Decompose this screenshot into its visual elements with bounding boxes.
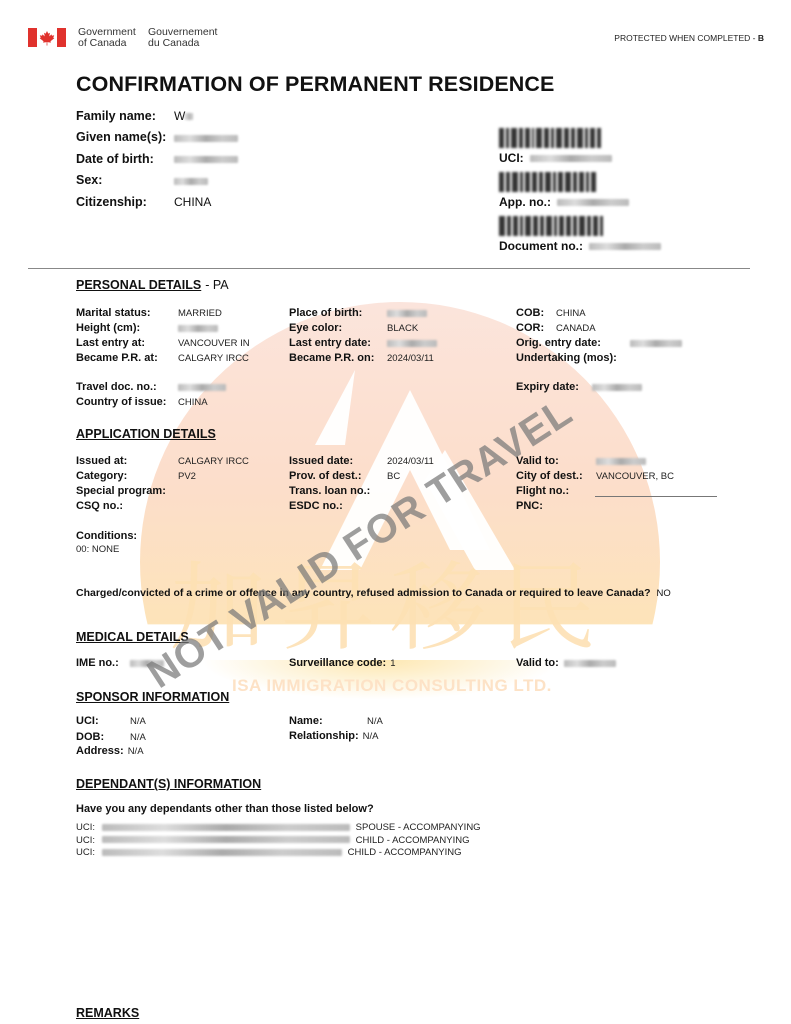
- medical-valid-to-field: Valid to:: [516, 657, 616, 669]
- prov-dest-field: Prov. of dest.:BC: [289, 470, 400, 482]
- issued-at-field: Issued at:CALGARY IRCC: [76, 455, 249, 467]
- last-entry-at-field: Last entry at:VANCOUVER IN: [76, 337, 250, 349]
- document-barcode: [499, 216, 661, 236]
- inadmissibility-question: Charged/convicted of a crime or offence …: [76, 587, 671, 599]
- personal-details-heading: PERSONAL DETAILS- PA: [76, 278, 229, 292]
- eye-color-field: Eye color:BLACK: [289, 322, 418, 334]
- family-name-label: Family name:: [76, 109, 174, 123]
- dob-label: Date of birth:: [76, 152, 174, 166]
- cob-field: COB:CHINA: [516, 307, 586, 319]
- became-pr-at-field: Became P.R. at:CALGARY IRCC: [76, 352, 249, 364]
- undertaking-field: Undertaking (mos):: [516, 352, 617, 364]
- dependants-heading: DEPENDANT(S) INFORMATION: [76, 777, 261, 791]
- sponsor-name-field: Name:N/A: [289, 715, 383, 727]
- citizenship-value: CHINA: [174, 195, 211, 209]
- category-field: Category:PV2: [76, 470, 196, 482]
- citizenship-label: Citizenship:: [76, 195, 174, 209]
- sponsor-address-field: Address:N/A: [76, 745, 144, 757]
- issued-date-field: Issued date:2024/03/11: [289, 455, 434, 467]
- trans-loan-field: Trans. loan no.:: [289, 485, 370, 497]
- sponsor-relationship-field: Relationship:N/A: [289, 730, 379, 742]
- became-pr-on-field: Became P.R. on:2024/03/11: [289, 352, 434, 364]
- place-of-birth-field: Place of birth:: [289, 307, 427, 319]
- protected-label: PROTECTED WHEN COMPLETED -: [614, 33, 758, 43]
- gov-en-line2: of Canada: [78, 38, 136, 49]
- country-of-issue-field: Country of issue:CHINA: [76, 396, 208, 408]
- conditions-label: Conditions:: [76, 530, 137, 542]
- uci-label: UCI:: [499, 151, 524, 165]
- csq-field: CSQ no.:: [76, 500, 123, 512]
- page-title: CONFIRMATION OF PERMANENT RESIDENCE: [76, 72, 555, 97]
- marital-status-field: Marital status:MARRIED: [76, 307, 222, 319]
- document-no-label: Document no.:: [499, 239, 583, 253]
- sponsor-information-heading: SPONSOR INFORMATION: [76, 690, 229, 704]
- flight-no-underline: [595, 496, 717, 497]
- surveillance-field: Surveillance code:1: [289, 657, 396, 669]
- sex-label: Sex:: [76, 173, 174, 187]
- dependant-row: UCI: SPOUSE - ACCOMPANYING: [76, 822, 481, 833]
- orig-entry-date-field: Orig. entry date:: [516, 337, 682, 349]
- sponsor-uci-field: UCI:N/A: [76, 715, 146, 727]
- expiry-date-field: Expiry date:: [516, 381, 642, 393]
- sex-value: [174, 173, 208, 187]
- special-program-field: Special program:: [76, 485, 166, 497]
- conditions-value: 00: NONE: [76, 544, 119, 555]
- document-no-value: [589, 243, 661, 250]
- app-no-label: App. no.:: [499, 195, 551, 209]
- city-dest-field: City of dest.:VANCOUVER, BC: [516, 470, 674, 482]
- dependant-row: UCI: CHILD - ACCOMPANYING: [76, 847, 461, 858]
- pnc-field: PNC:: [516, 500, 543, 512]
- government-wordmark-en: Government of Canada: [78, 27, 136, 49]
- dependants-question: Have you any dependants other than those…: [76, 803, 374, 815]
- application-details-heading: APPLICATION DETAILS: [76, 427, 216, 441]
- family-name-value: W: [174, 109, 193, 123]
- flight-no-field: Flight no.:: [516, 485, 569, 497]
- cor-field: COR:CANADA: [516, 322, 596, 334]
- last-entry-date-field: Last entry date:: [289, 337, 437, 349]
- given-names-value: [174, 130, 238, 144]
- height-field: Height (cm):: [76, 322, 218, 334]
- canada-flag-icon: [28, 28, 66, 47]
- uci-barcode: [499, 128, 661, 148]
- protected-level: B: [758, 33, 764, 43]
- gov-fr-line2: du Canada: [148, 38, 217, 49]
- travel-doc-field: Travel doc. no.:: [76, 381, 226, 393]
- app-barcode: [499, 172, 661, 192]
- identity-block: Family name:W Given name(s): Date of bir…: [76, 105, 238, 213]
- inadmissibility-answer: NO: [657, 588, 671, 599]
- remarks-heading: REMARKS: [76, 1006, 139, 1020]
- watermark-company-english: ISA IMMIGRATION CONSULTING LTD.: [232, 676, 552, 696]
- dependant-row: UCI: CHILD - ACCOMPANYING: [76, 835, 469, 846]
- app-no-value: [557, 199, 629, 206]
- esdc-field: ESDC no.:: [289, 500, 343, 512]
- header-divider: [28, 268, 750, 269]
- government-wordmark-fr: Gouvernement du Canada: [148, 27, 217, 49]
- given-names-label: Given name(s):: [76, 130, 174, 144]
- identifier-block: UCI: App. no.: Document no.:: [499, 128, 661, 260]
- sponsor-dob-field: DOB:N/A: [76, 731, 146, 743]
- protected-classification: PROTECTED WHEN COMPLETED - B: [614, 33, 764, 43]
- dob-value: [174, 152, 238, 166]
- uci-value: [530, 155, 612, 162]
